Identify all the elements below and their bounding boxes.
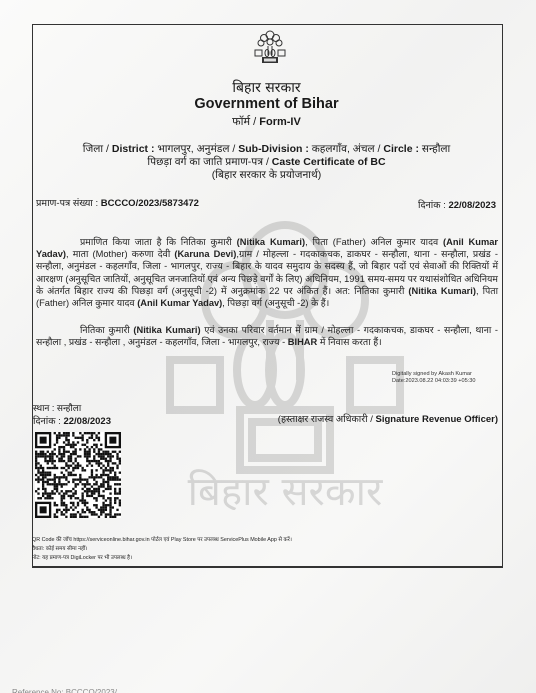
- qr-code-icon: [35, 432, 121, 518]
- subdivision-label-en: Sub-Division :: [238, 143, 312, 155]
- subdivision-value: कहलगाँव,: [312, 143, 353, 155]
- p1-text-f: , पिछड़ा वर्ग (अनुसूची -2) के हैं।: [222, 298, 329, 308]
- cert-number-value: BCCCO/2023/5873472: [101, 198, 199, 209]
- p1-text-c: , माता (Mother) करुणा देवी: [66, 249, 174, 259]
- location-line: जिला / District : भागलपुर, अनुमंडल / Sub…: [32, 142, 501, 156]
- issue-date: दिनांक : 22/08/2023: [418, 198, 496, 211]
- p2-text-c: में निवास करता हैं।: [317, 337, 381, 347]
- subdivision-label-hi: अनुमंडल /: [197, 143, 239, 155]
- district-value: भागलपुर,: [157, 143, 196, 155]
- cert-title-hi: पिछड़ा वर्ग का जाति प्रमाण-पत्र /: [147, 156, 271, 168]
- applicant-name-en-2: (Nitika Kumari): [408, 286, 476, 296]
- district-label-en: District :: [112, 143, 158, 155]
- certificate-title: पिछड़ा वर्ग का जाति प्रमाण-पत्र / Caste …: [32, 155, 501, 169]
- form-label-hi: फॉर्म /: [232, 116, 259, 128]
- qr-verification-note: QR Code की जाँच https://serviceonline.bi…: [32, 535, 292, 543]
- residence-paragraph: नितिका कुमारी (Nitika Kumari) एवं उनका प…: [36, 324, 498, 348]
- digilocker-note: नोट: यह प्रमाण-पत्र DigiLocker पर भी उपल…: [32, 553, 132, 561]
- circle-label-hi: अंचल /: [353, 143, 384, 155]
- place: स्थान : सन्हौला: [33, 401, 81, 414]
- form-label-en: Form-IV: [259, 116, 301, 128]
- applicant-name-en-3: (Nitika Kumari): [133, 325, 200, 335]
- signatory: (हस्ताक्षर राजस्व अधिकारी / Signature Re…: [278, 412, 498, 425]
- circle-label-en: Circle :: [383, 143, 422, 155]
- certification-paragraph: प्रमाणित किया जाता है कि नितिका कुमारी (…: [36, 236, 498, 309]
- mother-name-en: (Karuna Devi): [174, 249, 236, 259]
- sig-date-value: 22/08/2023: [63, 416, 111, 427]
- district-label-hi: जिला /: [83, 143, 112, 155]
- applicant-name-en: (Nitika Kumari): [237, 237, 305, 247]
- digital-sign-date: Date:2023.08.22 04:03:39 +05:30: [392, 378, 476, 385]
- certificate-purpose: (बिहार सरकार के प्रयोजनार्थ): [32, 168, 501, 182]
- place-value: सन्हौला: [57, 403, 81, 413]
- cert-number-label: प्रमाण-पत्र संख्या :: [36, 198, 101, 209]
- p2-text-a: नितिका कुमारी: [80, 325, 133, 335]
- title-english: Government of Bihar: [32, 96, 501, 112]
- father-name-en-2: (Anil Kumar Yadav): [137, 298, 222, 308]
- reference-number: Reference No: BCCCO/2023/...: [12, 688, 124, 693]
- p1-text-b: , पिता (Father) अनिल कुमार यादव: [305, 237, 443, 247]
- cert-title-en: Caste Certificate of BC: [272, 156, 386, 168]
- signatory-hi: (हस्ताक्षर राजस्व अधिकारी /: [278, 414, 376, 425]
- digital-signer: Digitally signed by Akash Kumar: [392, 371, 476, 378]
- validity-note: वैधता: कोई समय सीमा नहीं।: [32, 544, 87, 552]
- title-hindi: बिहार सरकार: [32, 78, 501, 97]
- sig-date-label: दिनांक :: [33, 416, 63, 427]
- circle-value: सन्हौला: [422, 143, 450, 155]
- issue-date-value: 22/08/2023: [448, 200, 496, 211]
- bihar-emblem-logo-icon: [253, 29, 287, 65]
- p1-text-a: प्रमाणित किया जाता है कि नितिका कुमारी: [80, 237, 237, 247]
- certificate-number: प्रमाण-पत्र संख्या : BCCCO/2023/5873472: [36, 196, 199, 209]
- signatory-en: Signature Revenue Officer): [376, 414, 498, 425]
- state-name-en: BIHAR: [288, 337, 317, 347]
- svg-text:बिहार सरकार: बिहार सरकार: [188, 469, 383, 510]
- form-number: फॉर्म / Form-IV: [32, 114, 501, 129]
- place-label: स्थान :: [33, 403, 57, 413]
- digital-signature: Digitally signed by Akash KumarDate:2023…: [392, 371, 476, 385]
- issue-date-label: दिनांक :: [418, 200, 448, 211]
- signature-date: दिनांक : 22/08/2023: [33, 414, 111, 427]
